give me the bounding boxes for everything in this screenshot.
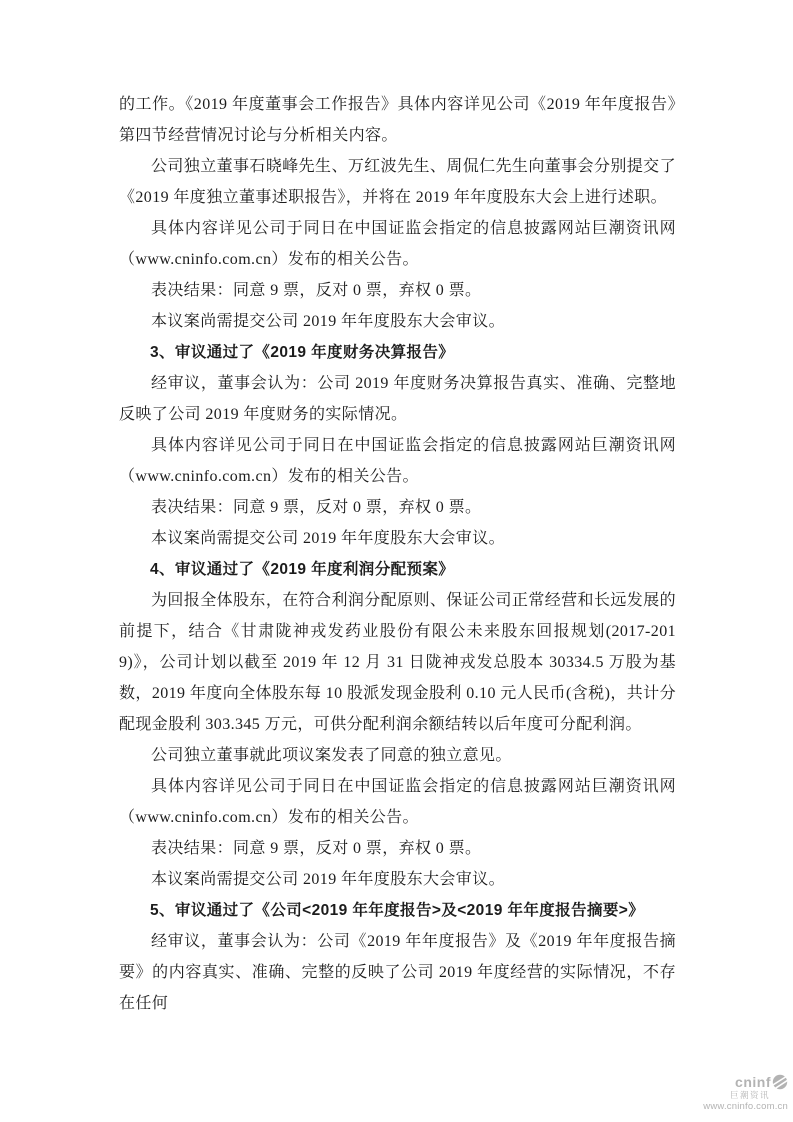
document-body: 的工作。《2019 年度董事会工作报告》具体内容详见公司《2019 年年度报告》… [119,89,676,1019]
paragraph: 表决结果：同意 9 票，反对 0 票，弃权 0 票。 [119,833,676,864]
paragraph: 经审议，董事会认为：公司 2019 年度财务决算报告真实、准确、完整地反映了公司… [119,368,676,430]
paragraph: 表决结果：同意 9 票，反对 0 票，弃权 0 票。 [119,275,676,306]
cninfo-logo-caption: 巨潮资讯 [730,1091,788,1100]
cninfo-logo-text: cninf [735,1075,771,1090]
paragraph: 具体内容详见公司于同日在中国证监会指定的信息披露网站巨潮资讯网（www.cnin… [119,771,676,833]
document-page: 的工作。《2019 年度董事会工作报告》具体内容详见公司《2019 年年度报告》… [0,0,793,1122]
paragraph: 具体内容详见公司于同日在中国证监会指定的信息披露网站巨潮资讯网（www.cnin… [119,213,676,275]
paragraph: 本议案尚需提交公司 2019 年年度股东大会审议。 [119,864,676,895]
cninfo-swirl-icon [772,1074,788,1090]
paragraph: 经审议，董事会认为：公司《2019 年年度报告》及《2019 年年度报告摘要》的… [119,926,676,1019]
paragraph: 表决结果：同意 9 票，反对 0 票，弃权 0 票。 [119,492,676,523]
paragraph: 公司独立董事就此项议案发表了同意的独立意见。 [119,740,676,771]
section-heading: 4、审议通过了《2019 年度利润分配预案》 [119,554,676,585]
paragraph: 具体内容详见公司于同日在中国证监会指定的信息披露网站巨潮资讯网（www.cnin… [119,430,676,492]
paragraph: 公司独立董事石晓峰先生、万红波先生、周侃仁先生向董事会分别提交了《2019 年度… [119,151,676,213]
cninfo-logo-row: cninf [735,1074,788,1090]
cninfo-logo-url: www.cninfo.com.cn [703,1102,788,1112]
paragraph: 本议案尚需提交公司 2019 年年度股东大会审议。 [119,523,676,554]
cninfo-watermark: cninf 巨潮资讯 www.cninfo.com.cn [703,1074,788,1112]
paragraph: 本议案尚需提交公司 2019 年年度股东大会审议。 [119,306,676,337]
paragraph: 的工作。《2019 年度董事会工作报告》具体内容详见公司《2019 年年度报告》… [119,89,676,151]
section-heading: 3、审议通过了《2019 年度财务决算报告》 [119,337,676,368]
section-heading: 5、审议通过了《公司<2019 年年度报告>及<2019 年年度报告摘要>》 [119,895,676,926]
paragraph: 为回报全体股东，在符合利润分配原则、保证公司正常经营和长远发展的前提下，结合《甘… [119,585,676,740]
